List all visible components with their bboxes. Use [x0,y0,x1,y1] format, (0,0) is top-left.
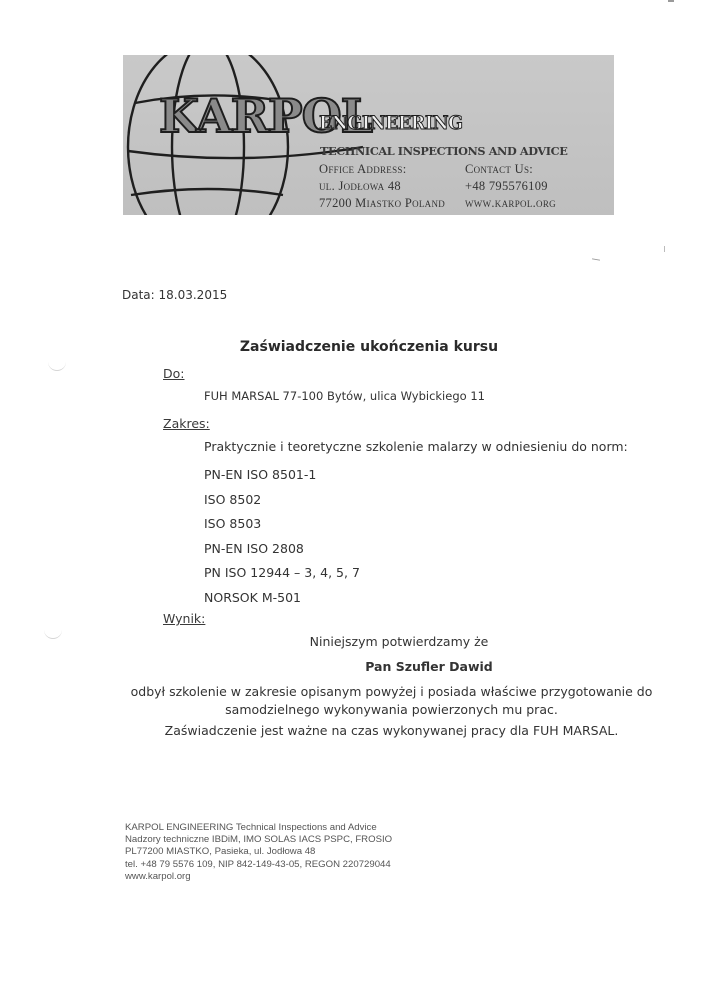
footer-line: PL77200 MIASTKO, Pasieka, ul. Jodłowa 48 [125,846,392,858]
document-title: Zaświadczenie ukończenia kursu [0,339,708,355]
norm-item: NORSOK M-501 [204,586,360,611]
contact-heading: Contact Us: [465,161,556,178]
statement: odbył szkolenie w zakresie opisanym powy… [0,683,708,719]
footer: KARPOL ENGINEERING Technical Inspections… [125,822,392,883]
scope-intro: Praktycznie i teoretyczne szkolenie mala… [204,439,628,454]
contact-info: Contact Us: +48 795576109 www.karpol.org [465,161,556,212]
office-line1: ul. Jodłowa 48 [319,178,445,195]
contact-website: www.karpol.org [465,195,556,212]
scan-speck [592,258,600,260]
office-line2: 77200 Miastko Poland [319,195,445,212]
validity-text: Zaświadczenie jest ważne na czas wykonyw… [0,723,708,738]
to-label: Do: [163,366,184,381]
letterhead-banner: KARPOL ENGINEERING TECHNICAL INSPECTIONS… [123,55,614,215]
norm-item: ISO 8502 [204,488,360,513]
norm-item: PN ISO 12944 – 3, 4, 5, 7 [204,561,360,586]
footer-line: Nadzory techniczne IBDiM, IMO SOLAS IACS… [125,834,392,846]
footer-line: KARPOL ENGINEERING Technical Inspections… [125,822,392,834]
norm-item: PN-EN ISO 8501-1 [204,463,360,488]
statement-line2: samodzielnego wykonywania powierzonych m… [75,701,708,719]
norms-list: PN-EN ISO 8501-1 ISO 8502 ISO 8503 PN-EN… [204,463,360,610]
office-address: Office Address: ul. Jodłowa 48 77200 Mia… [319,161,445,212]
scan-speck [664,246,665,252]
punch-hole-mark [48,360,66,371]
recipient: FUH MARSAL 77-100 Bytów, ulica Wybickieg… [204,389,485,403]
contact-phone: +48 795576109 [465,178,556,195]
result-label: Wynik: [163,611,205,626]
footer-line: www.karpol.org [125,871,392,883]
document-date: Data: 18.03.2015 [122,288,227,302]
office-heading: Office Address: [319,161,445,178]
scope-label: Zakres: [163,416,210,431]
norm-item: PN-EN ISO 2808 [204,537,360,562]
statement-line1: odbył szkolenie w zakresie opisanym powy… [75,683,708,701]
footer-line: tel. +48 79 5576 109, NIP 842-149-43-05,… [125,859,392,871]
person-name: Pan Szufler Dawid [0,659,708,674]
tagline: TECHNICAL INSPECTIONS AND ADVICE [320,144,567,158]
scan-speck [668,0,674,2]
brand-suffix: ENGINEERING [319,114,463,133]
norm-item: ISO 8503 [204,512,360,537]
confirmation-text: Niniejszym potwierdzamy że [0,634,708,649]
